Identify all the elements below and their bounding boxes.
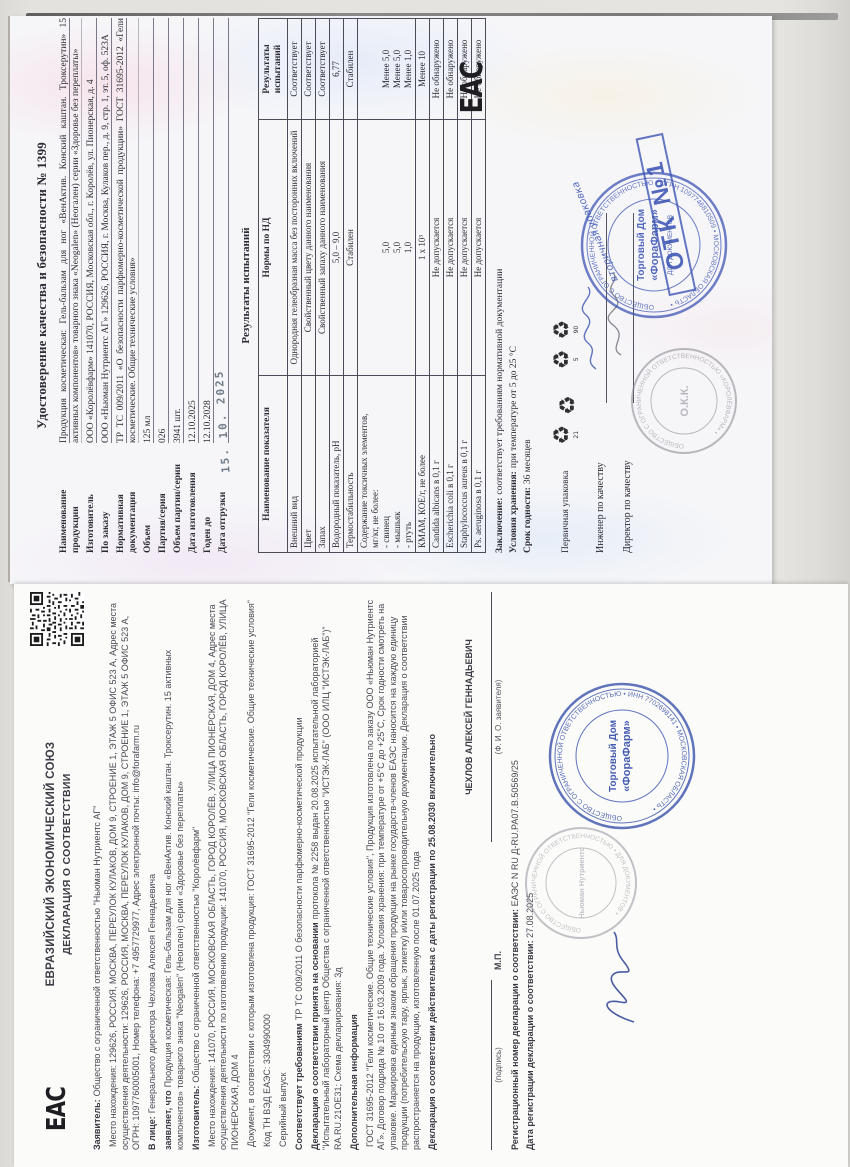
declaration-paragraph: Декларация о соответствии принята на осн…: [310, 592, 345, 1150]
field-value: 3941 шт.: [172, 18, 184, 443]
registration-number-line: Регистрационный номер декларации о соотв…: [510, 592, 522, 1150]
declaration-header: ЕАС ЕВРАЗИЙСКИЙ ЭКОНОМИЧЕСКИЙ СОЮЗ ДЕКЛА…: [30, 592, 84, 1150]
table-row: Candida albicans в 0,1 гНе допускаетсяНе…: [430, 19, 444, 553]
recycling-icon: ♻90: [552, 320, 580, 340]
table-row: Внешний видОднородная гелеобразная масса…: [288, 19, 302, 553]
declaration-of-conformity: ЕАС ЕВРАЗИЙСКИЙ ЭКОНОМИЧЕСКИЙ СОЮЗ ДЕКЛА…: [30, 592, 745, 1150]
document-title: ДЕКЛАРАЦИЯ О СООТВЕТСТВИИ: [62, 646, 74, 1082]
field-value: Продукция косметическая: Гель-бальзам дл…: [58, 18, 82, 443]
declaration-signature-block: (подпись) М.П. ЧЕХЛОВ АЛЕКСЕЙ ГЕННАДЬЕВИ…: [464, 592, 504, 1150]
recycling-icons: ♻21 ♻: [552, 395, 580, 444]
column-header: Результаты испытаний: [259, 19, 288, 120]
field-row: Дата изготовления12.10.2025: [187, 18, 199, 553]
field-label: По заказу: [100, 443, 112, 553]
declaration-paragraph: Декларация о соответствии действительна …: [427, 592, 439, 1150]
declaration-paragraph: В лице:Генерального директора Чехлова Ал…: [147, 592, 159, 1150]
stamp-place-label: М.П.: [493, 951, 505, 970]
declaration-paragraph: Место нахождения: 141070, РОССИЯ, МОСКОВ…: [207, 592, 242, 1150]
field-label: Изготовитель: [85, 443, 97, 553]
column-header: Нормы по НД: [259, 120, 288, 376]
field-value: ООО «Ньюман Нутриентс АГ» 129626, РОССИЯ…: [100, 18, 112, 443]
declaration-paragraph: Документ, в соответствии с которым изгот…: [246, 592, 258, 1150]
table-row: ЗапахСвойственный запаху данного наимено…: [316, 19, 330, 553]
primary-packaging-label: Первичная упаковка: [560, 471, 572, 553]
recycling-icon: ♻21: [552, 425, 580, 445]
field-value: 12.10.2025: [187, 18, 199, 443]
svg-text:ДЛЯ ДОКУМЕНТОВ: ДЛЯ ДОКУМЕНТОВ: [667, 215, 674, 275]
recycling-icon: ♻5: [552, 349, 580, 369]
eac-mark: ЕАС: [458, 62, 488, 113]
certificate-title: Удостоверение качества и безопасности № …: [36, 18, 48, 553]
signature-caption: (подпись): [493, 980, 505, 1150]
svg-text:Ньюман Нутриентс: Ньюман Нутриентс: [577, 847, 586, 919]
field-value: 026: [157, 18, 169, 443]
eac-mark: ЕАС: [44, 1087, 70, 1131]
round-stamp-forafarm: ОБЩЕСТВО С ОГРАНИЧЕННОЙ ОТВЕТСТВЕННОСТЬЮ…: [578, 169, 730, 321]
quality-certificate: Удостоверение качества и безопасности № …: [30, 18, 742, 553]
packaging-row: Первичная упаковка ♻21 ♻ ♻5 ♻90: [552, 18, 580, 553]
signature-label: Инженер по качеству: [595, 403, 607, 553]
field-label: Объем партии/серии: [172, 443, 184, 553]
field-row: По заказуООО «Ньюман Нутриентс АГ» 12962…: [100, 18, 112, 553]
table-row: Водородный показатель, pH5,0 – 9,06,77: [330, 19, 344, 553]
declaration-paragraph: ГОСТ 31695-2012 "Гели косметические. Общ…: [365, 592, 423, 1150]
signature-area: (подпись): [477, 980, 505, 1150]
field-row: Объем125 мл: [142, 18, 154, 553]
round-stamp-forafarm: ОБЩЕСТВО С ОГРАНИЧЕННОЙ ОТВЕТСТВЕННОСТЬЮ…: [546, 680, 698, 832]
field-label: Нормативная документация: [115, 443, 139, 553]
table-row: КМАМ, КОЕ/г, не более1 x 10³Менее 10: [416, 19, 430, 553]
field-row: Нормативная документацияТР ТС 009/2011 «…: [115, 18, 139, 553]
field-label: Дата изготовления: [187, 443, 199, 553]
column-header: Наименование показателя: [259, 376, 288, 553]
field-row: Годен до12.10.2028: [202, 18, 214, 553]
table-row-toxic-elements: Содержание токсичных элементов, мг/кг, н…: [358, 19, 416, 553]
shelf-life-line: Срок годности:36 месяцев: [522, 18, 534, 553]
svg-text:Торговый Дом: Торговый Дом: [636, 209, 647, 281]
declaration-paragraph: Заявитель:Общество с ограниченной ответс…: [92, 592, 104, 1150]
declaration-titles: ЕВРАЗИЙСКИЙ ЭКОНОМИЧЕСКИЙ СОЮЗ ДЕКЛАРАЦИ…: [46, 646, 73, 1082]
table-row: ЦветСвойственный цвету данного наименова…: [302, 19, 316, 553]
declaration-paragraph: Изготовитель:Общество с ограниченной отв…: [191, 592, 203, 1150]
declaration-paragraph: Место нахождения: 129626, РОССИЯ, МОСКВА…: [108, 592, 143, 1150]
scanned-page: Удостоверение качества и безопасности № …: [0, 0, 850, 1167]
declaration-paragraph: заявляет, чтоПродукция косметическая: Ге…: [163, 592, 186, 1150]
union-title: ЕВРАЗИЙСКИЙ ЭКОНОМИЧЕСКИЙ СОЮЗ: [46, 646, 58, 1082]
field-row: Дата отгрузки15. 10. 2025: [217, 18, 230, 553]
field-label: Годен до: [202, 443, 214, 553]
table-header-row: Наименование показателя Нормы по НД Резу…: [259, 19, 288, 553]
declaration-paragraph: Соответствует требованиямТР ТС 009/2011 …: [294, 592, 306, 1150]
conclusion-block: Заключение:соответствует требованиям нор…: [494, 18, 534, 553]
declaration-paragraph: Код ТН ВЭД ЕАЭС: 3304990000: [262, 592, 274, 1150]
table-row: ТермостабильностьСтабиленСтабилен: [344, 19, 358, 553]
handwritten-signature: [590, 922, 650, 1032]
name-caption: (Ф. И. О. заявителя): [493, 592, 505, 842]
declaration-paragraph: Дополнительная информация: [349, 592, 361, 1150]
svg-text:«ФораФарм»: «ФораФарм»: [649, 209, 661, 280]
field-label: Партия/серия: [157, 443, 169, 553]
field-row: Партия/серия026: [157, 18, 169, 553]
certificate-fields: Наименование продукцииПродукция косметич…: [58, 18, 230, 553]
applicant-name-area: ЧЕХЛОВ АЛЕКСЕЙ ГЕННАДЬЕВИЧ (Ф. И. О. зая…: [464, 592, 504, 842]
storage-line: Условия хранения:при температуре от 5 до…: [508, 18, 520, 553]
results-section-title: Результаты испытаний: [240, 18, 252, 553]
field-label: Объем: [142, 443, 154, 553]
svg-text:Торговый Дом: Торговый Дом: [608, 720, 619, 792]
signature-line: [477, 592, 492, 842]
qr-code: [30, 592, 84, 646]
test-results-table: Наименование показателя Нормы по НД Резу…: [258, 18, 486, 553]
recycling-icon: ♻: [558, 395, 580, 415]
declaration-paragraph: Серийный выпуск: [278, 592, 290, 1150]
field-value: ООО «Королёвфарм» 141070, РОССИЯ, Москов…: [85, 18, 97, 443]
field-row: ИзготовительООО «Королёвфарм» 141070, РО…: [85, 18, 97, 553]
field-row: Объем партии/серии3941 шт.: [172, 18, 184, 553]
svg-text:О.К.К.: О.К.К.: [679, 385, 691, 416]
applicant-name: ЧЕХЛОВ АЛЕКСЕЙ ГЕННАДЬЕВИЧ: [464, 592, 476, 842]
recycling-icons: ♻5 ♻90: [552, 320, 580, 369]
field-label: Наименование продукции: [58, 443, 82, 553]
signature-line: [477, 980, 492, 1150]
round-stamp-okk: ОБЩЕСТВО С ОГРАНИЧЕННОЙ ОТВЕТСТВЕННОСТЬЮ…: [628, 345, 740, 457]
field-value: 15. 10. 2025: [217, 18, 230, 443]
field-value: 125 мл: [142, 18, 154, 443]
svg-text:«ФораФарм»: «ФораФарм»: [621, 720, 633, 791]
field-row: Наименование продукцииПродукция косметич…: [58, 18, 82, 553]
conclusion-line: Заключение:соответствует требованиям нор…: [494, 18, 506, 553]
field-value: ТР ТС 009/2011 «О безопасности парфюмерн…: [115, 18, 139, 443]
